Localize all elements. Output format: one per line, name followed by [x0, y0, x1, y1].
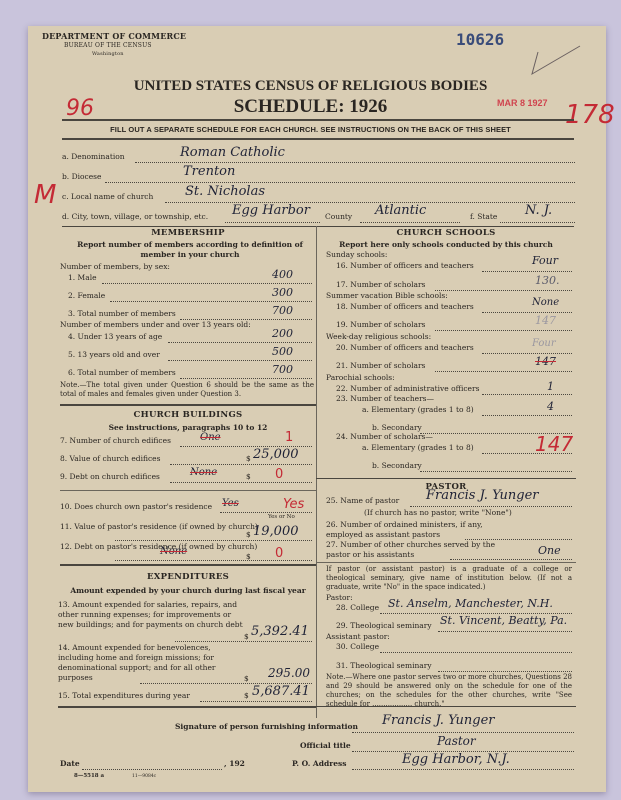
county-label: County: [325, 212, 352, 221]
form-title: UNITED STATES CENSUS OF RELIGIOUS BODIES: [0, 78, 621, 95]
dollar-sign: $: [244, 691, 249, 700]
male-field[interactable]: 400: [272, 268, 293, 281]
dollar-sign: $: [244, 674, 249, 683]
divider: [316, 706, 576, 707]
weekday-schools-label: Week-day religious schools:: [326, 332, 431, 341]
divider: [58, 706, 316, 708]
owns-residence-line: [220, 512, 312, 513]
residence-value-line: [115, 540, 312, 541]
total-members-field[interactable]: 700: [272, 304, 293, 317]
denomination-line: [135, 162, 575, 163]
q24a-field[interactable]: 147: [535, 432, 573, 456]
department-name: DEPARTMENT OF COMMERCE: [42, 32, 186, 41]
pastor-name-label: 25. Name of pastor: [326, 496, 399, 505]
q18-field[interactable]: None: [532, 297, 559, 308]
pastor-name-field[interactable]: Francis J. Yunger: [426, 488, 539, 503]
red-annotation-m: M: [34, 180, 56, 210]
pastor-name-line: [410, 506, 572, 507]
q23-label: 23. Number of teachers—: [336, 394, 434, 403]
over-13-label: 5. 13 years old and over: [68, 350, 160, 359]
q17-label: 17. Number of scholars: [336, 280, 425, 289]
local-name-label: c. Local name of church: [62, 192, 153, 201]
edifices-count-label: 7. Number of church edifices: [60, 436, 171, 445]
county-line: [360, 222, 460, 223]
q16-field[interactable]: Four: [532, 254, 558, 267]
po-address-line: [352, 769, 574, 770]
divider: [62, 138, 574, 140]
buildings-heading: CHURCH BUILDINGS: [60, 410, 316, 420]
running-expenses-line: [175, 641, 312, 642]
female-line: [110, 301, 312, 302]
q31-label: 31. Theological seminary: [336, 661, 432, 670]
sunday-schools-label: Sunday schools:: [326, 250, 387, 259]
diocese-label: b. Diocese: [62, 172, 101, 181]
q24-label: 24. Number of scholars—: [336, 432, 433, 441]
q28-label: 28. College: [336, 603, 379, 612]
q28-field[interactable]: St. Anselm, Manchester, N.H.: [388, 597, 553, 610]
total-members-age-field[interactable]: 700: [272, 363, 293, 376]
q22-line: [482, 394, 572, 395]
membership-intro: Report number of members according to de…: [75, 240, 305, 260]
local-name-line: [165, 202, 575, 203]
male-label: 1. Male: [68, 273, 97, 282]
divider: [62, 119, 574, 121]
q19-label: 19. Number of scholars: [336, 320, 425, 329]
divider: [62, 226, 574, 227]
schools-intro: Report here only schools conducted by th…: [318, 240, 574, 250]
divider: [60, 564, 316, 566]
edifices-value-field[interactable]: 25,000: [253, 447, 299, 462]
residence-debt-struck: None: [160, 546, 187, 557]
total-expenditures-line: [200, 701, 312, 702]
q21-line: [435, 371, 572, 372]
owns-residence-label: 10. Does church own pastor's residence: [60, 502, 212, 511]
edifices-debt-field[interactable]: 0: [275, 467, 283, 482]
date-line: [82, 769, 222, 770]
edifices-value-label: 8. Value of church edifices: [60, 454, 160, 463]
city-field[interactable]: Egg Harbor: [232, 203, 310, 218]
q19-line: [435, 330, 572, 331]
edifices-count-struck: One: [200, 432, 221, 443]
divider: [316, 478, 576, 479]
total-expenditures-label: 15. Total expenditures during year: [58, 691, 190, 700]
benevolences-field[interactable]: 295.00: [268, 666, 310, 680]
members-by-sex-label: Number of members, by sex:: [60, 262, 170, 271]
q16-line: [482, 271, 572, 272]
date-label: Date: [60, 759, 80, 768]
pastor-note: Note.—Where one pastor serves two or mor…: [326, 673, 572, 709]
divider: [316, 562, 576, 563]
summer-schools-label: Summer vacation Bible schools:: [326, 291, 448, 300]
q18-line: [482, 312, 572, 313]
residence-debt-field[interactable]: 0: [275, 546, 283, 561]
total-members-label: 3. Total number of members: [68, 309, 176, 318]
pastor-subheading: Pastor:: [326, 593, 353, 602]
divider: [60, 404, 316, 406]
dollar-sign: $: [246, 530, 251, 539]
diocese-line: [105, 182, 575, 183]
residence-value-field[interactable]: 19,000: [253, 524, 299, 539]
over-13-field[interactable]: 500: [272, 345, 293, 358]
q21-label: 21. Number of scholars: [336, 361, 425, 370]
form-code: 8—5518 a: [74, 773, 104, 779]
city-line: [225, 222, 320, 223]
date-year-prefix: , 192: [224, 759, 245, 768]
divider: [60, 490, 316, 491]
bureau-city: Washington: [42, 50, 186, 59]
assistant-pastor-subheading: Assistant pastor:: [326, 632, 390, 641]
q20-label: 20. Number of officers and teachers: [336, 343, 474, 352]
owns-residence-struck: Yes: [222, 498, 239, 509]
q24b-label: b. Secondary: [372, 461, 422, 470]
denomination-label: a. Denomination: [62, 152, 125, 161]
over-13-line: [168, 360, 312, 361]
male-line: [102, 283, 312, 284]
red-annotation-96: 96: [66, 96, 94, 121]
under-13-label: 4. Under 13 years of age: [68, 332, 162, 341]
official-title-label: Official title: [300, 741, 351, 750]
column-divider: [316, 226, 317, 718]
q23b-label: b. Secondary: [372, 423, 422, 432]
q17-field[interactable]: 130.: [535, 274, 560, 287]
dollar-sign: $: [246, 454, 251, 463]
signature-label: Signature of person furnishing informati…: [175, 722, 358, 731]
print-code: 11—9084c: [132, 774, 156, 779]
edifices-debt-struck: None: [190, 467, 217, 478]
dollar-sign: $: [246, 552, 251, 561]
expenditures-heading: EXPENDITURES: [60, 572, 316, 582]
q16-label: 16. Number of officers and teachers: [336, 261, 474, 270]
dollar-sign: $: [246, 472, 251, 481]
total-members-age-line: [180, 378, 312, 379]
q24a-label: a. Elementary (grades 1 to 8): [362, 443, 474, 452]
q30-line: [380, 652, 572, 653]
q29-label: 29. Theological seminary: [336, 621, 432, 630]
q31-line: [438, 671, 572, 672]
checkmark-icon: [530, 40, 585, 80]
members-by-age-label: Number of members under and over 13 year…: [60, 320, 251, 329]
edifices-debt-label: 9. Debt on church edifices: [60, 472, 160, 481]
q23a-field[interactable]: 4: [547, 400, 554, 413]
membership-note: Note.—The total given under Question 6 s…: [60, 381, 314, 399]
q29-field[interactable]: St. Vincent, Beatty, Pa.: [440, 614, 567, 627]
state-field[interactable]: N. J.: [525, 203, 552, 218]
q22-field[interactable]: 1: [547, 380, 554, 393]
serial-number: 10626: [456, 30, 504, 49]
signature-field[interactable]: Francis J. Yunger: [382, 713, 495, 728]
q18-label: 18. Number of officers and teachers: [336, 302, 474, 311]
signature-line: [352, 732, 574, 733]
q24b-line: [420, 471, 572, 472]
under-13-field[interactable]: 200: [272, 327, 293, 340]
edifices-count-field[interactable]: 1: [285, 430, 293, 445]
graduate-note: If pastor (or assistant pastor) is a gra…: [326, 565, 572, 592]
q23a-label: a. Elementary (grades 1 to 8): [362, 405, 474, 414]
schools-heading: CHURCH SCHOOLS: [318, 228, 574, 238]
po-address-field[interactable]: Egg Harbor, N.J.: [402, 752, 510, 767]
q27-label: 27. Number of other churches served by t…: [326, 540, 516, 560]
parochial-schools-label: Parochial schools:: [326, 373, 395, 382]
denomination-field[interactable]: Roman Catholic: [180, 145, 285, 160]
q27-field[interactable]: One: [538, 544, 561, 557]
county-field[interactable]: Atlantic: [375, 203, 426, 218]
state-label: f. State: [470, 212, 497, 221]
benevolences-label: 14. Amount expended for benevolences, in…: [58, 643, 243, 683]
buildings-intro: See instructions, paragraphs 10 to 12: [60, 423, 316, 433]
total-members-age-label: 6. Total number of members: [68, 368, 176, 377]
q29-line: [438, 631, 572, 632]
owns-residence-field[interactable]: Yes: [283, 497, 304, 512]
department-header: DEPARTMENT OF COMMERCE BUREAU OF THE CEN…: [42, 32, 186, 59]
running-expenses-field[interactable]: 5,392.41: [251, 624, 309, 639]
fill-instruction: FILL OUT A SEPARATE SCHEDULE FOR EACH CH…: [0, 125, 621, 134]
residence-value-label: 11. Value of pastor's residence (if owne…: [60, 522, 260, 532]
q23a-line: [482, 415, 572, 416]
official-title-field[interactable]: Pastor: [437, 734, 476, 748]
pastor-name-hint: (If church has no pastor, write "None"): [364, 508, 512, 517]
bureau-name: BUREAU OF THE CENSUS: [42, 41, 186, 50]
received-date-stamp: MAR 8 1927: [497, 98, 548, 108]
q22-label: 22. Number of administrative officers: [336, 384, 479, 393]
q19-field[interactable]: 147: [535, 314, 556, 327]
q20-line: [482, 353, 572, 354]
diocese-field[interactable]: Trenton: [183, 164, 235, 179]
membership-heading: MEMBERSHIP: [60, 228, 316, 238]
q27-line: [450, 559, 572, 560]
q26-label: 26. Number of ordained ministers, if any…: [326, 520, 516, 540]
total-expenditures-field[interactable]: 5,687.41: [252, 684, 310, 699]
dollar-sign: $: [244, 632, 249, 641]
edifices-value-line: [170, 464, 312, 465]
q20-field[interactable]: Four: [532, 338, 556, 349]
under-13-line: [168, 342, 312, 343]
state-line: [500, 222, 575, 223]
q21-field[interactable]: 147: [535, 355, 556, 368]
q30-label: 30. College: [336, 642, 379, 651]
city-label: d. City, town, village, or township, etc…: [62, 212, 208, 221]
expenditures-intro: Amount expended by your church during la…: [60, 586, 316, 596]
female-label: 2. Female: [68, 291, 105, 300]
running-expenses-label: 13. Amount expended for salaries, repair…: [58, 600, 243, 630]
q17-line: [435, 290, 572, 291]
local-name-field[interactable]: St. Nicholas: [185, 184, 265, 199]
female-field[interactable]: 300: [272, 286, 293, 299]
edifices-debt-line: [170, 482, 312, 483]
yes-no-hint: Yes or No: [268, 514, 295, 520]
po-address-label: P. O. Address: [292, 759, 346, 768]
